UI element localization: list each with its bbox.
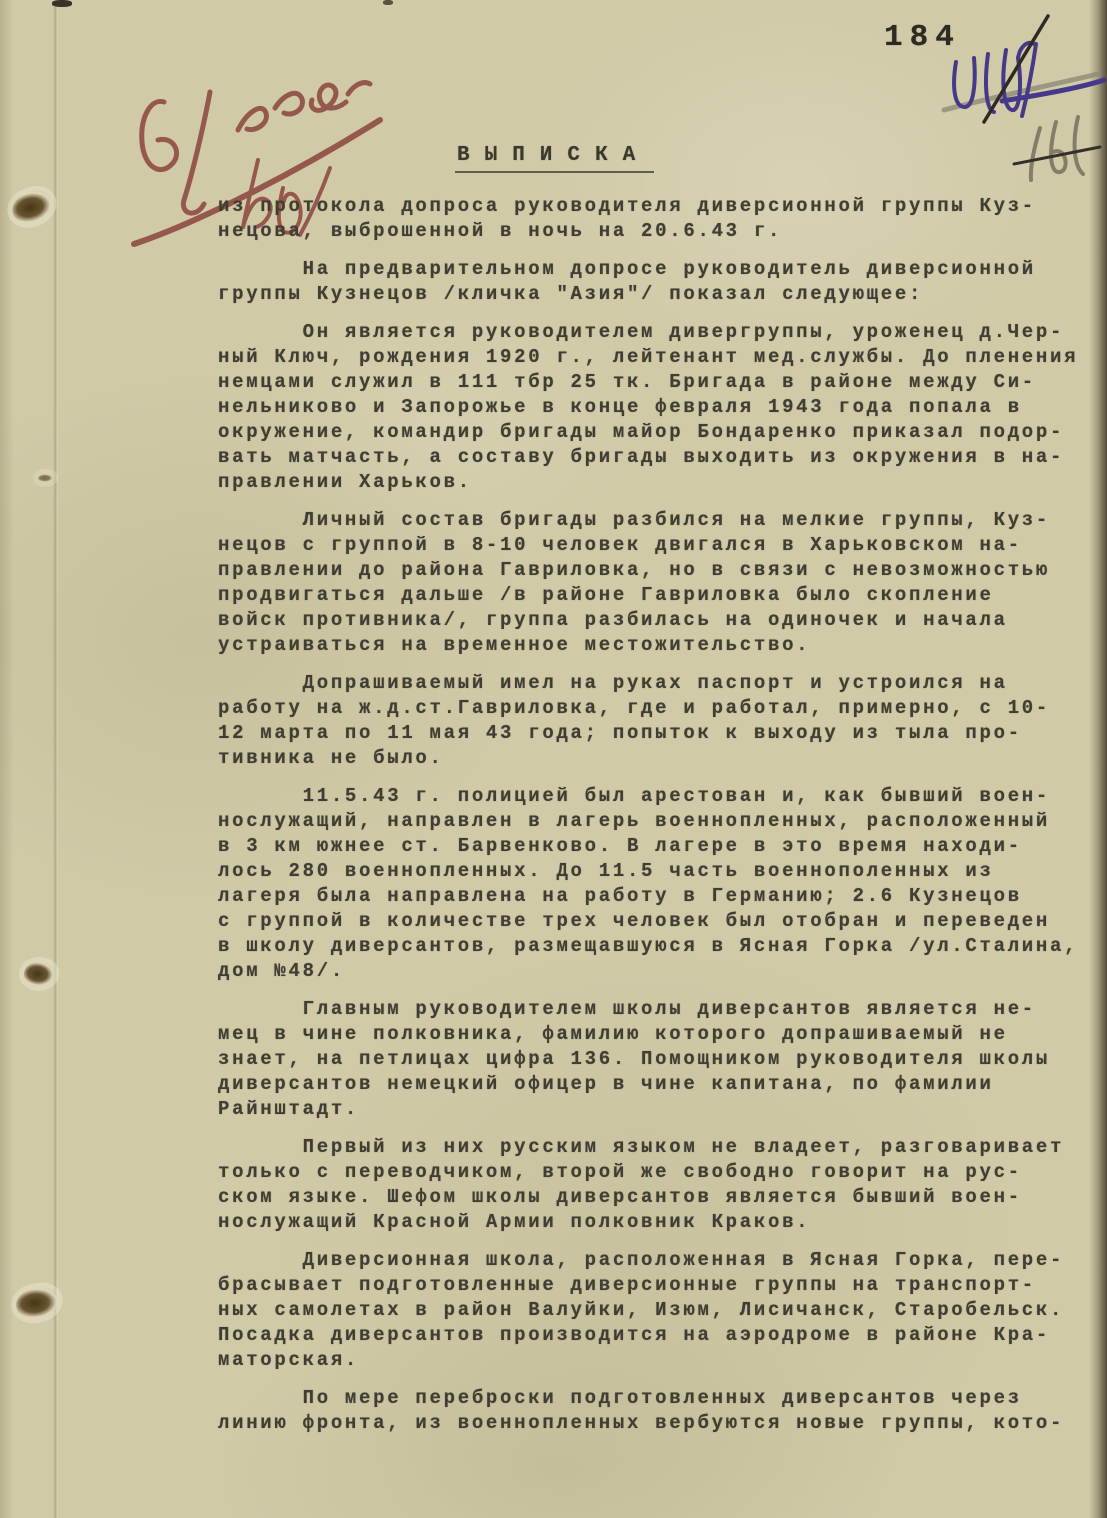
document-body: из протокола допроса руководителя диверс… xyxy=(218,194,1100,1449)
paragraph: Главным руководителем школы диверсантов … xyxy=(218,997,1100,1122)
punch-hole xyxy=(9,188,55,227)
pencil-number-strike xyxy=(1014,147,1100,164)
paragraph: По мере переброски подготовленных диверс… xyxy=(218,1386,1100,1436)
edge-speck xyxy=(383,0,393,5)
page-number: 184 xyxy=(884,20,961,55)
paragraph: Он является руководителем дивергруппы, у… xyxy=(218,320,1100,495)
document-title: ВЫПИСКА xyxy=(455,144,654,173)
edge-speck xyxy=(52,0,72,7)
pencil-page-number xyxy=(1031,117,1083,180)
paragraph: Личный состав бригады разбился на мелкие… xyxy=(218,508,1100,658)
paragraph: 11.5.43 г. полицией был арестован и, как… xyxy=(218,784,1100,984)
punch-hole xyxy=(38,474,53,482)
pencil-strike xyxy=(944,74,1098,110)
document-page: 184 xyxy=(0,0,1107,1518)
purple-ink-mark xyxy=(954,43,1104,116)
paragraph: Диверсионная школа, расположенная в Ясна… xyxy=(218,1248,1100,1373)
paragraph: Допрашиваемый имел на руках паспорт и ус… xyxy=(218,671,1100,771)
paragraph: из протокола допроса руководителя диверс… xyxy=(218,194,1100,244)
ink-strike xyxy=(984,16,1048,122)
punch-hole xyxy=(22,960,55,988)
paragraph: Первый из них русским языком не владеет,… xyxy=(218,1135,1100,1235)
paragraph: На предварительном допросе руководитель … xyxy=(218,257,1100,307)
